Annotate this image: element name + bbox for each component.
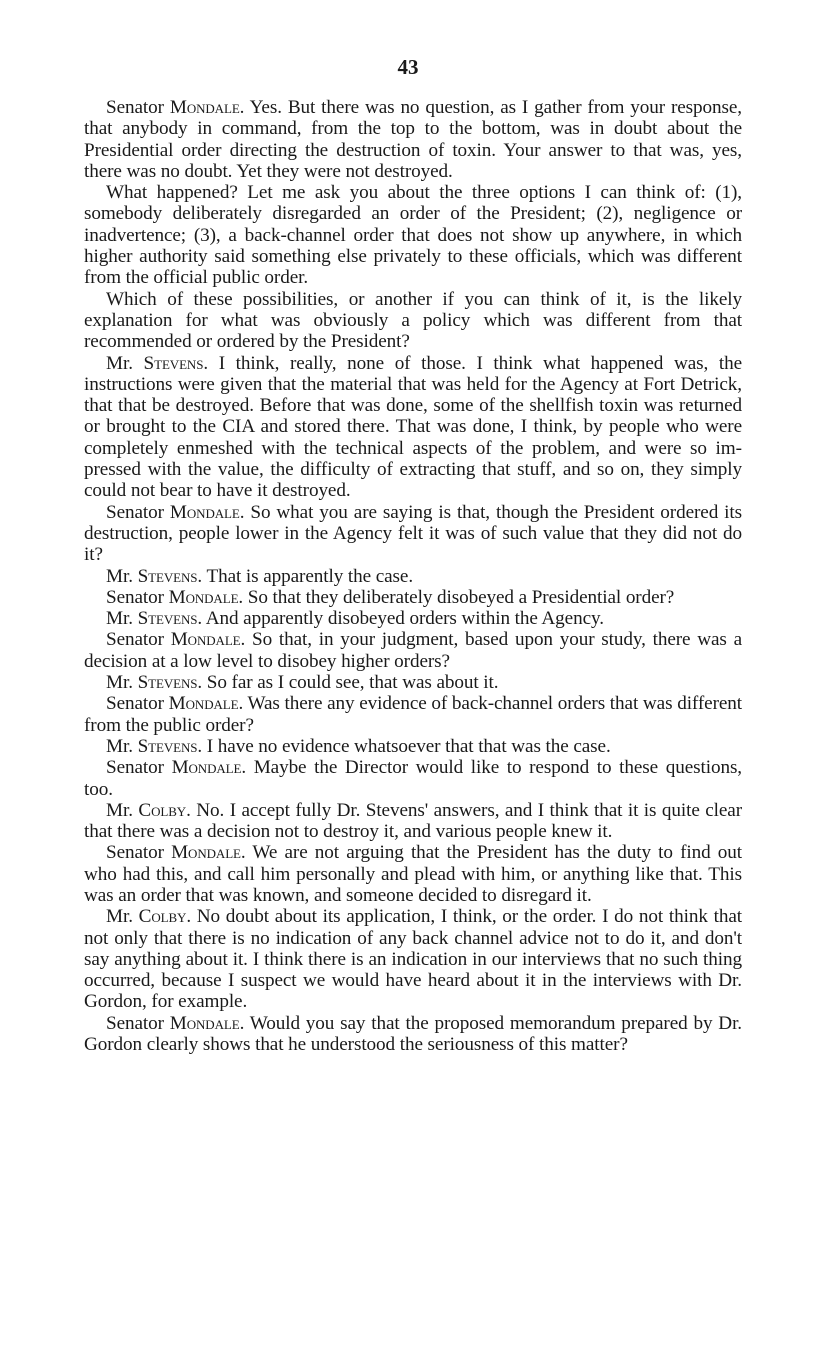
paragraph-text: . So that they deliberately disobeyed a …: [238, 587, 674, 608]
paragraph-which-possibility: Which of these possibilities, or another…: [84, 289, 742, 353]
speaker-title: Mr.: [106, 608, 138, 629]
speaker-title: Mr.: [106, 906, 139, 927]
speaker-name: Stevens: [138, 566, 198, 587]
paragraph-text: What happened? Let me ask you about the …: [84, 182, 742, 288]
paragraph-mondale-disobeyed: Senator Mondale. So that they deliberate…: [84, 587, 742, 608]
paragraph-mondale-back-channel: Senator Mondale. Was there any evidence …: [84, 693, 742, 736]
paragraph-stevens-within-agency: Mr. Stevens. And apparently disobeyed or…: [84, 608, 742, 629]
paragraph-mondale-judgment: Senator Mondale. So that, in your judgme…: [84, 629, 742, 672]
paragraph-mondale-no-question: Senator Mondale. Yes. But there was no q…: [84, 97, 742, 182]
speaker-name: Stevens: [138, 672, 198, 693]
paragraph-stevens-no-evidence: Mr. Stevens. I have no evidence whatsoev…: [84, 736, 742, 757]
speaker-name: Mondale: [170, 97, 240, 118]
speaker-title: Mr.: [106, 736, 138, 757]
speaker-name: Mondale: [170, 1013, 240, 1034]
speaker-title: Mr.: [106, 566, 138, 587]
speaker-name: Stevens: [138, 608, 198, 629]
paragraph-text: . I have no evidence whatsoever that tha…: [197, 736, 610, 757]
speaker-name: Mondale: [171, 842, 241, 863]
paragraph-stevens-apparently: Mr. Stevens. That is apparently the case…: [84, 566, 742, 587]
paragraph-stevens-so-far: Mr. Stevens. So far as I could see, that…: [84, 672, 742, 693]
paragraph-mondale-memorandum: Senator Mondale. Would you say that the …: [84, 1013, 742, 1056]
speaker-name: Colby: [139, 906, 187, 927]
paragraph-mondale-director: Senator Mondale. Maybe the Director woul…: [84, 757, 742, 800]
paragraph-text: . And apparently disobeyed orders within…: [197, 608, 604, 629]
speaker-title: Mr.: [106, 353, 144, 374]
paragraph-text: . So far as I could see, that was about …: [197, 672, 498, 693]
paragraph-stevens-fort-detrick: Mr. Stevens. I think, really, none of th…: [84, 353, 742, 502]
speaker-name: Mondale: [170, 502, 240, 523]
paragraph-colby-no-doubt: Mr. Colby. No doubt about its applicatio…: [84, 906, 742, 1012]
paragraph-mondale-not-arguing: Senator Mondale. We are not arguing that…: [84, 842, 742, 906]
paragraph-text: Which of these possibilities, or another…: [84, 289, 742, 353]
speaker-title: Senator: [106, 757, 172, 778]
speaker-name: Mondale: [171, 629, 241, 650]
speaker-title: Senator: [106, 502, 170, 523]
speaker-name: Colby: [138, 800, 186, 821]
speaker-title: Mr.: [106, 800, 138, 821]
speaker-name: Mondale: [169, 587, 239, 608]
speaker-title: Senator: [106, 629, 171, 650]
speaker-name: Mondale: [172, 757, 242, 778]
paragraph-colby-accept: Mr. Colby. No. I accept fully Dr. Steven…: [84, 800, 742, 843]
paragraph-three-options: What happened? Let me ask you about the …: [84, 182, 742, 288]
speaker-title: Senator: [106, 587, 169, 608]
speaker-name: Stevens: [144, 353, 204, 374]
paragraph-mondale-president-ordered: Senator Mondale. So what you are saying …: [84, 502, 742, 566]
speaker-title: Senator: [106, 693, 169, 714]
speaker-name: Mondale: [169, 693, 239, 714]
transcript-body: Senator Mondale. Yes. But there was no q…: [84, 97, 742, 1055]
paragraph-text: . I think, really, none of those. I thin…: [84, 353, 742, 502]
speaker-title: Senator: [106, 1013, 170, 1034]
speaker-title: Senator: [106, 97, 170, 118]
speaker-name: Stevens: [138, 736, 198, 757]
speaker-title: Mr.: [106, 672, 138, 693]
page-number: 43: [0, 55, 816, 80]
paragraph-text: . That is apparently the case.: [197, 566, 413, 587]
speaker-title: Senator: [106, 842, 171, 863]
